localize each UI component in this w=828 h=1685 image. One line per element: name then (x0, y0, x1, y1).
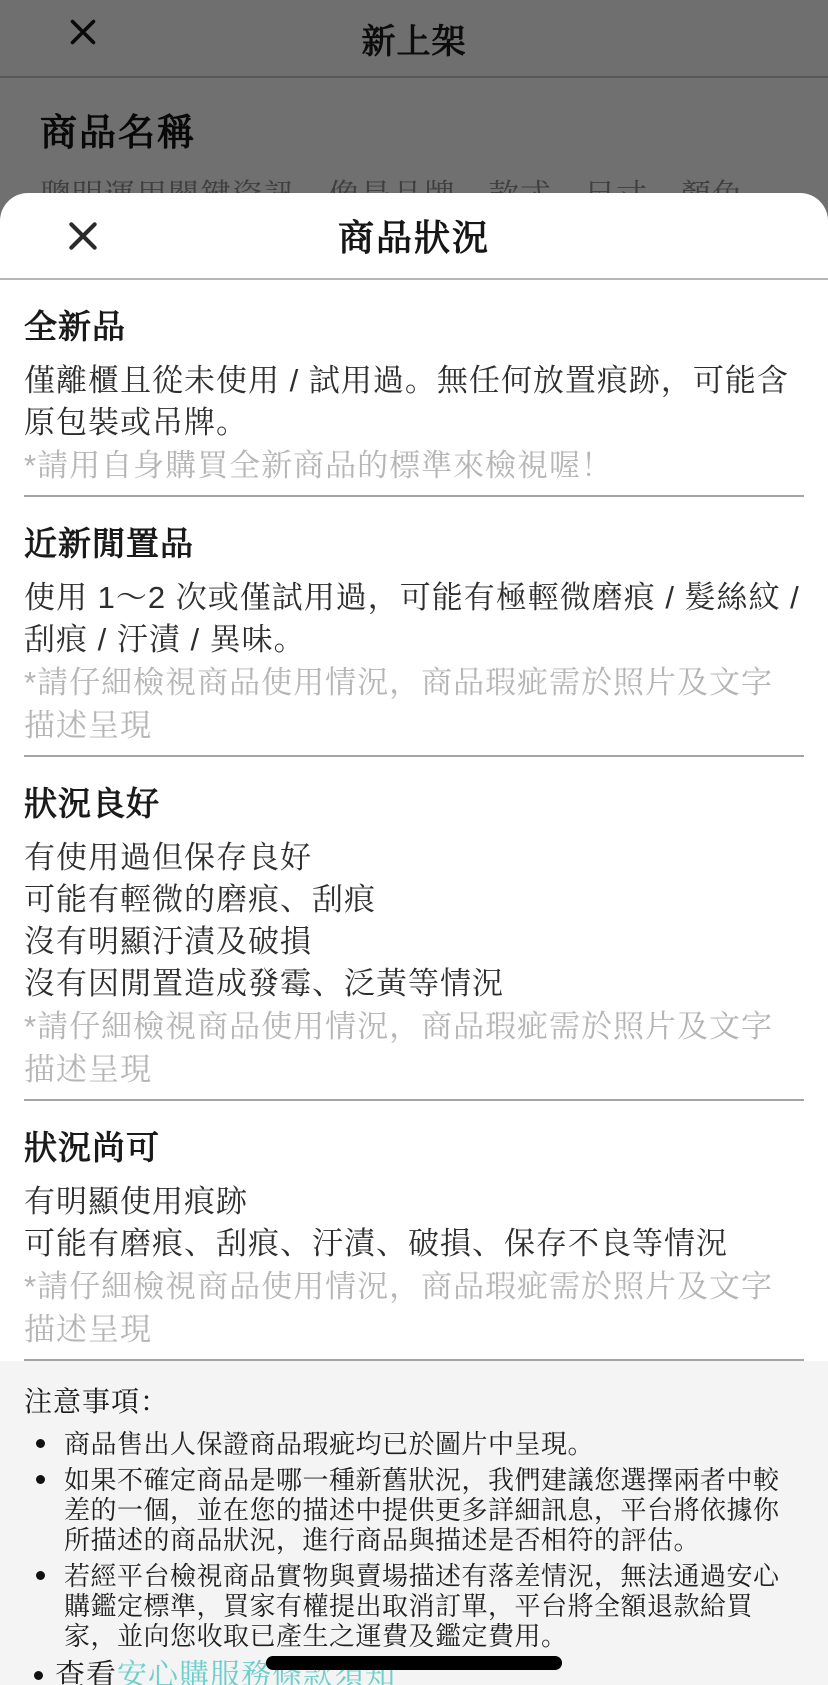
sheet-header: 商品狀況 (0, 193, 828, 280)
notice-text: 商品售出人保證商品瑕疵均已於圖片中呈現。 (64, 1429, 594, 1459)
section-body-line: 有使用過但保存良好 (24, 837, 804, 879)
bullet-dot-icon (36, 1571, 45, 1580)
notice-text: 如果不確定商品是哪一種新舊狀況，我們建議您選擇兩者中較差的一個，並在您的描述中提… (64, 1465, 780, 1555)
section-like-new: 近新閒置品 使用 1～2 次或僅試用過，可能有極輕微磨痕 / 髮絲紋 / 刮痕 … (24, 497, 804, 757)
list-item: 商品售出人保證商品瑕疵均已於圖片中呈現。 (24, 1429, 804, 1459)
section-title: 狀況尚可 (24, 1127, 804, 1169)
section-fair: 狀況尚可 有明顯使用痕跡 可能有磨痕、刮痕、汙漬、破損、保存不良等情況 *請仔細… (24, 1101, 804, 1361)
section-note: *請仔細檢視商品使用情況，商品瑕疵需於照片及文字描述呈現 (24, 661, 804, 747)
section-title: 近新閒置品 (24, 523, 804, 565)
condition-sections: 全新品 僅離櫃且從未使用 / 試用過。無任何放置痕跡，可能含原包裝或吊牌。 *請… (0, 280, 828, 1361)
section-note: *請仔細檢視商品使用情況，商品瑕疵需於照片及文字描述呈現 (24, 1005, 804, 1091)
bullet-dot-icon (36, 1475, 45, 1484)
section-title: 全新品 (24, 306, 804, 348)
section-body-line: 使用 1～2 次或僅試用過，可能有極輕微磨痕 / 髮絲紋 / 刮痕 / 汙漬 /… (24, 577, 804, 661)
section-body-line: 僅離櫃且從未使用 / 試用過。無任何放置痕跡，可能含原包裝或吊牌。 (24, 360, 804, 444)
bullet-dot-icon (36, 1439, 45, 1448)
list-item: 若經平台檢視商品實物與賣場描述有落差情況，無法通過安心購鑑定標準，買家有權提出取… (24, 1561, 804, 1651)
section-title: 狀況良好 (24, 783, 804, 825)
notice-heading: 注意事項： (24, 1383, 804, 1421)
terms-link-prefix: 查看 (55, 1659, 117, 1685)
notice-area: 注意事項： 商品售出人保證商品瑕疵均已於圖片中呈現。 如果不確定商品是哪一種新舊… (0, 1361, 828, 1685)
home-indicator[interactable] (266, 1656, 562, 1670)
list-item: 如果不確定商品是哪一種新舊狀況，我們建議您選擇兩者中較差的一個，並在您的描述中提… (24, 1465, 804, 1555)
notice-text: 若經平台檢視商品實物與賣場描述有落差情況，無法通過安心購鑑定標準，買家有權提出取… (64, 1561, 780, 1651)
section-brand-new: 全新品 僅離櫃且從未使用 / 試用過。無任何放置痕跡，可能含原包裝或吊牌。 *請… (24, 280, 804, 497)
section-body-line: 沒有明顯汙漬及破損 (24, 921, 804, 963)
product-condition-sheet: 商品狀況 全新品 僅離櫃且從未使用 / 試用過。無任何放置痕跡，可能含原包裝或吊… (0, 193, 828, 1685)
section-note: *請仔細檢視商品使用情況，商品瑕疵需於照片及文字描述呈現 (24, 1265, 804, 1351)
bullet-dot-icon (34, 1671, 43, 1680)
section-note: *請用自身購買全新商品的標準來檢視喔！ (24, 444, 804, 487)
notice-list: 商品售出人保證商品瑕疵均已於圖片中呈現。 如果不確定商品是哪一種新舊狀況，我們建… (24, 1429, 804, 1651)
section-body-line: 沒有因閒置造成發霉、泛黃等情況 (24, 963, 804, 1005)
section-body-line: 有明顯使用痕跡 (24, 1181, 804, 1223)
section-body-line: 可能有磨痕、刮痕、汙漬、破損、保存不良等情況 (24, 1223, 804, 1265)
section-body-line: 可能有輕微的磨痕、刮痕 (24, 879, 804, 921)
sheet-title: 商品狀況 (0, 193, 828, 278)
section-good: 狀況良好 有使用過但保存良好 可能有輕微的磨痕、刮痕 沒有明顯汙漬及破損 沒有因… (24, 757, 804, 1101)
